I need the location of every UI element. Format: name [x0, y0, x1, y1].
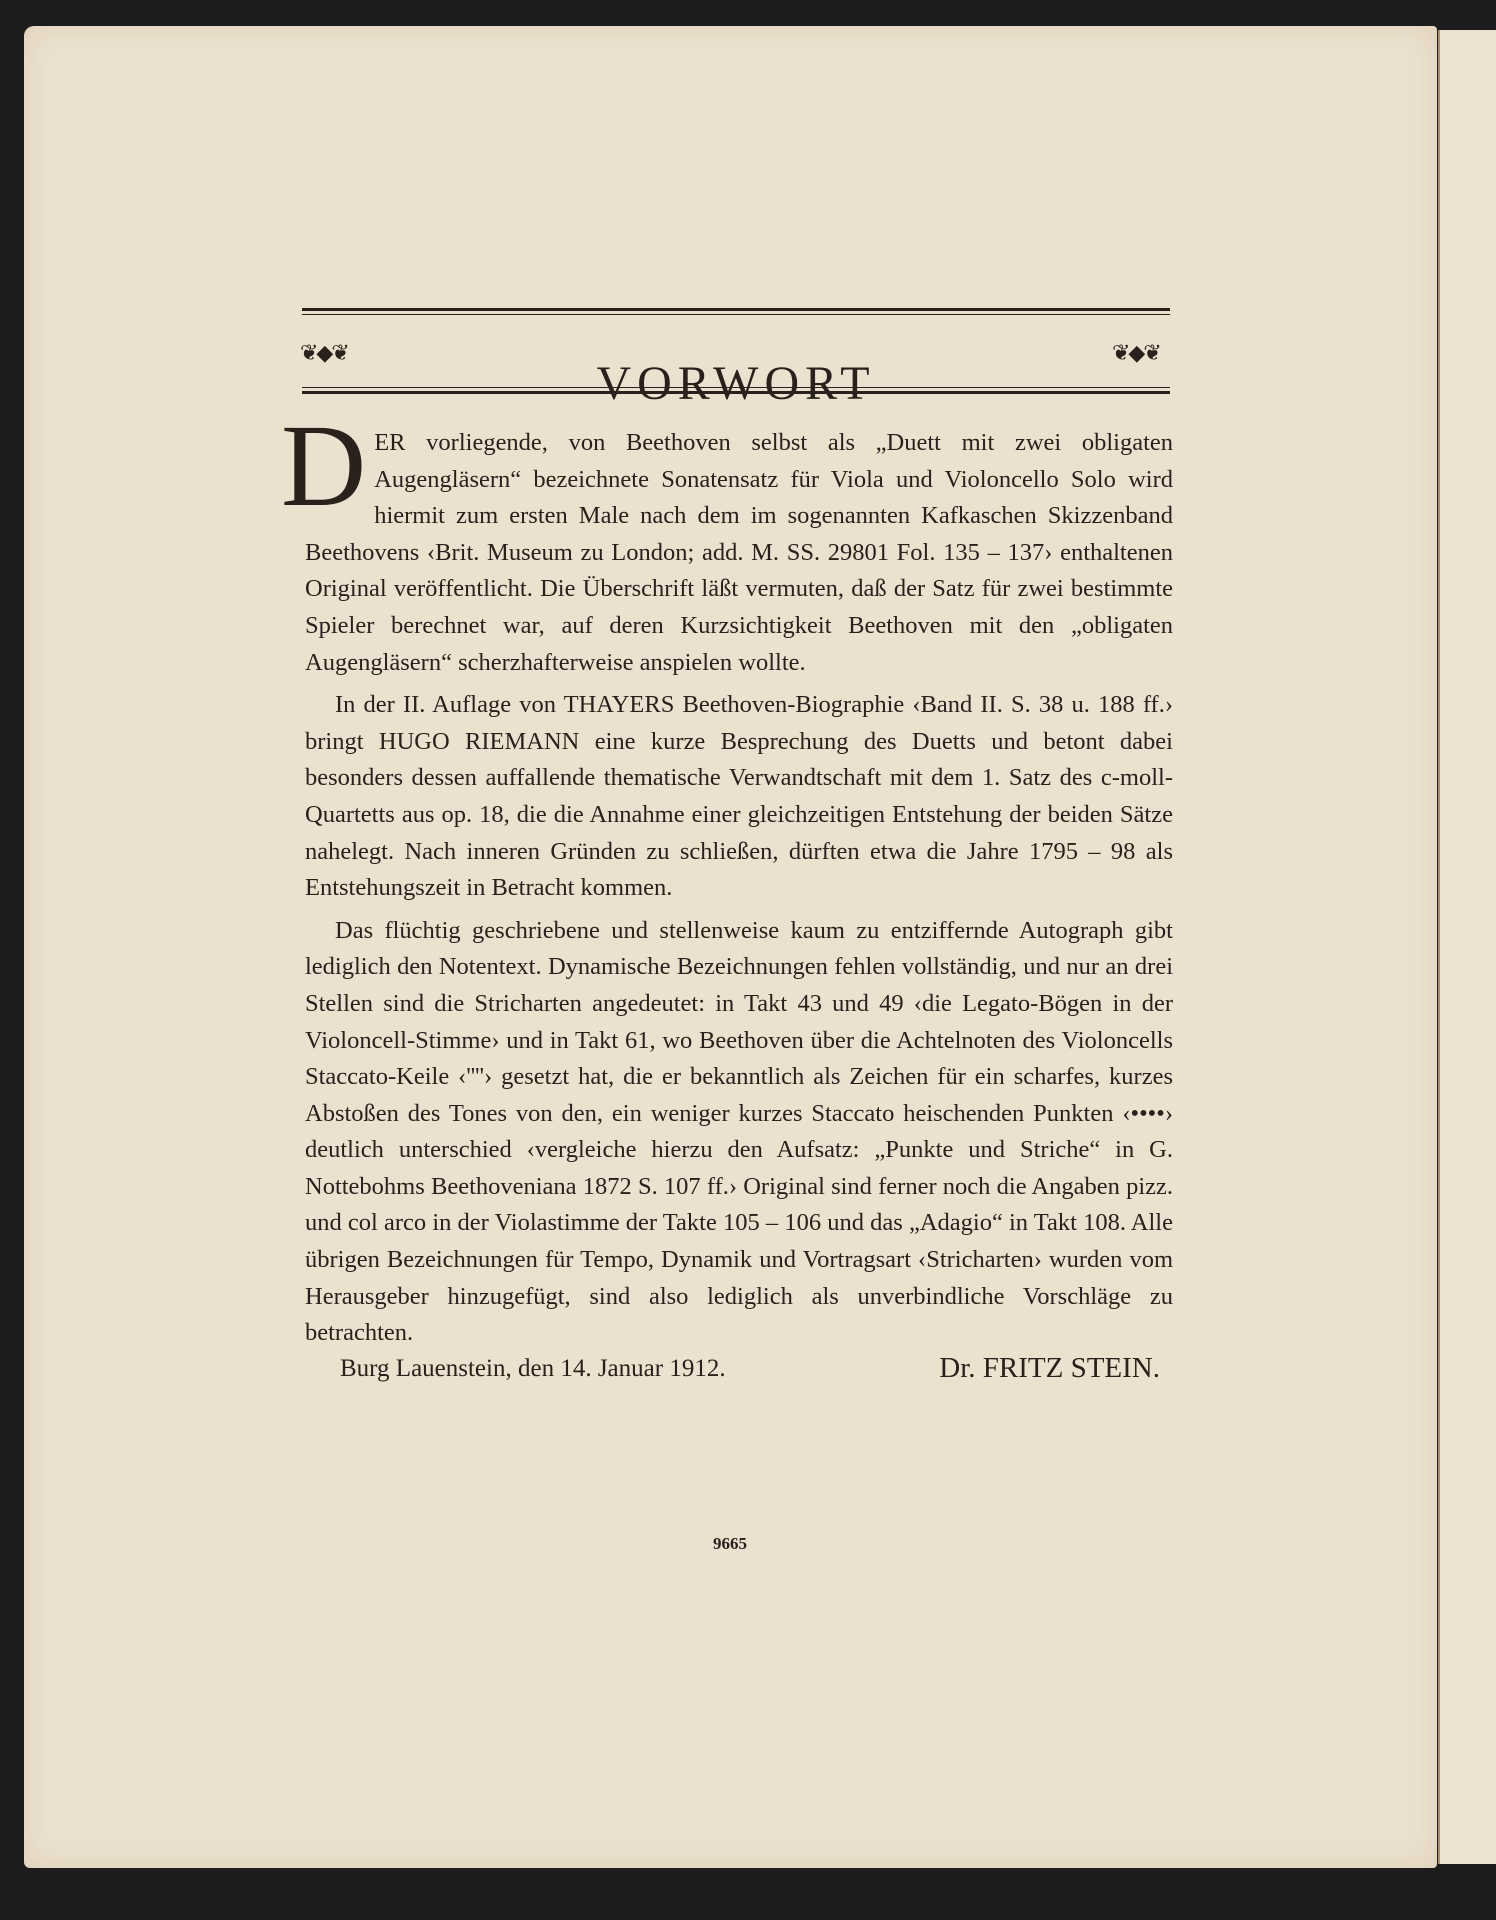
author-name: Dr. FRITZ STEIN. — [939, 1352, 1160, 1385]
preface-body: DER vorliegende, von Beethoven selbst al… — [305, 425, 1173, 1358]
drop-cap: D — [281, 421, 366, 511]
title-rule-top — [302, 308, 1170, 315]
page-title: VORWORT — [302, 352, 1170, 416]
paragraph-2: In der II. Auflage von THAYERS Beethoven… — [305, 687, 1173, 907]
ornament-right-icon: ❦◆❦ — [1112, 340, 1160, 366]
title-rule-bottom — [302, 387, 1170, 394]
place-date: Burg Lauenstein, den 14. Januar 1912. — [340, 1355, 726, 1385]
next-page-edge — [1438, 30, 1496, 1864]
paragraph-1: DER vorliegende, von Beethoven selbst al… — [305, 425, 1173, 681]
page-number: 9665 — [713, 1534, 747, 1554]
signature-line: Burg Lauenstein, den 14. Januar 1912. Dr… — [340, 1355, 1160, 1385]
paragraph-3: Das flüchtig geschriebene und stellenwei… — [305, 913, 1173, 1352]
